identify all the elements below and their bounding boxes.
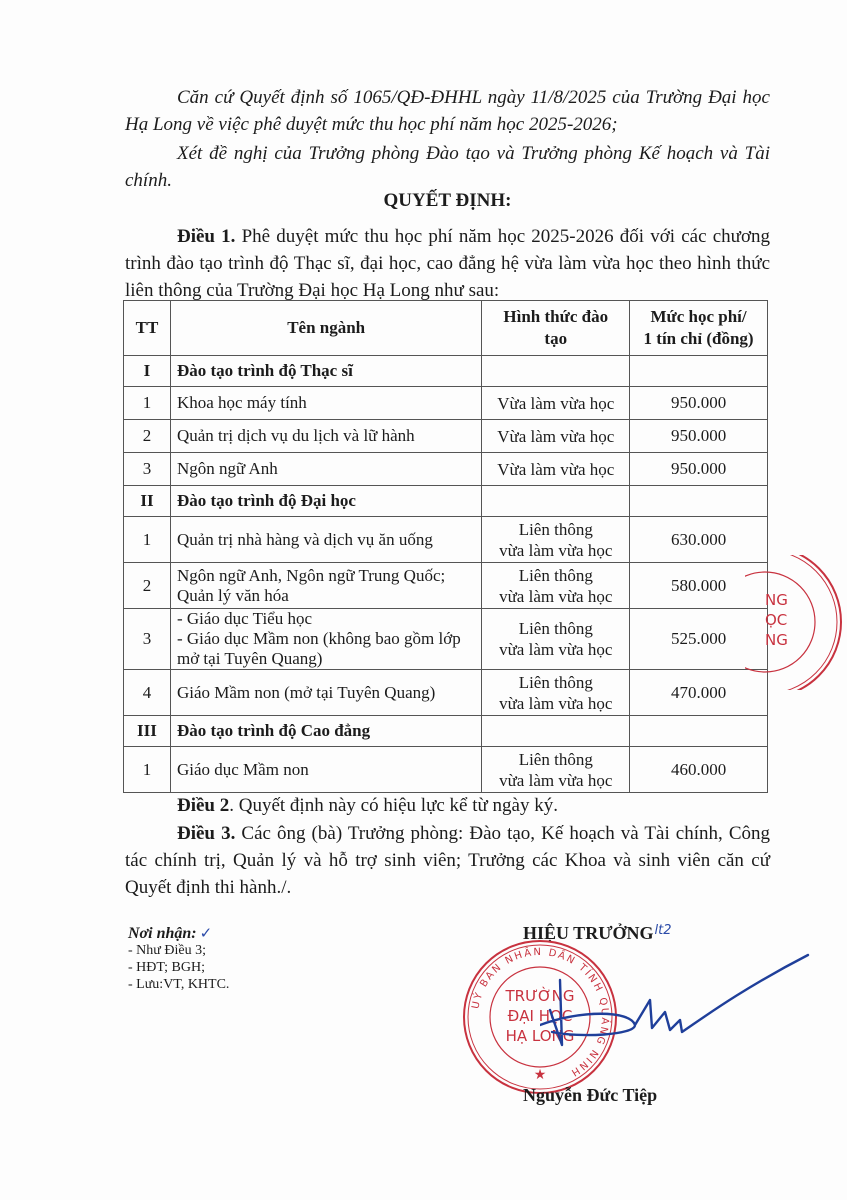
table-row: 2Ngôn ngữ Anh, Ngôn ngữ Trung Quốc;Quản …: [124, 563, 768, 609]
cell-program-name: Giáo Mầm non (mở tại Tuyên Quang): [170, 670, 481, 716]
header-fee-per-credit: Mức học phí/1 tín chỉ (đồng): [630, 301, 768, 356]
table-row: 4Giáo Mầm non (mở tại Tuyên Quang)Liên t…: [124, 670, 768, 716]
handwritten-signature-icon: [540, 950, 810, 1060]
cell-training-mode: [482, 356, 630, 387]
svg-text:ỌC: ỌC: [765, 611, 787, 629]
cell-tt: I: [124, 356, 171, 387]
recipients-block: Nơi nhận:✓ - Như Điều 3; - HĐT; BGH; - L…: [128, 925, 229, 993]
cell-program-name: - Giáo dục Tiểu học- Giáo dục Mầm non (k…: [170, 609, 481, 670]
cell-training-mode: Vừa làm vừa học: [482, 420, 630, 453]
svg-text:NG: NG: [765, 591, 788, 609]
cell-tt: 1: [124, 387, 171, 420]
cell-program-name: Ngôn ngữ Anh, Ngôn ngữ Trung Quốc;Quản l…: [170, 563, 481, 609]
cell-program-name: Khoa học máy tính: [170, 387, 481, 420]
cell-fee: 460.000: [630, 747, 768, 793]
cell-training-mode: Liên thôngvừa làm vừa học: [482, 517, 630, 563]
cell-tt: III: [124, 716, 171, 747]
recipient-item: - Lưu:VT, KHTC.: [128, 976, 229, 993]
basis-paragraph: Căn cứ Quyết định số 1065/QĐ-ĐHHL ngày 1…: [125, 84, 770, 138]
cell-program-name: Đào tạo trình độ Đại học: [170, 486, 481, 517]
tuition-fee-table: TT Tên ngành Hình thức đàotạo Mức học ph…: [123, 300, 768, 793]
cell-program-name: Quản trị nhà hàng và dịch vụ ăn uống: [170, 517, 481, 563]
table-row: 2Quản trị dịch vụ du lịch và lữ hànhVừa …: [124, 420, 768, 453]
svg-text:★: ★: [534, 1068, 547, 1083]
table-row: 1Quản trị nhà hàng và dịch vụ ăn uốngLiê…: [124, 517, 768, 563]
table-row: 3- Giáo dục Tiểu học- Giáo dục Mầm non (…: [124, 609, 768, 670]
cell-tt: 3: [124, 609, 171, 670]
article-1-label: Điều 1.: [177, 226, 235, 247]
table-row: 3Ngôn ngữ AnhVừa làm vừa học950.000: [124, 453, 768, 486]
cell-program-name: Đào tạo trình độ Cao đẳng: [170, 716, 481, 747]
cell-fee: [630, 356, 768, 387]
header-program-name: Tên ngành: [170, 301, 481, 356]
article-2-label: Điều 2: [177, 795, 229, 816]
cell-program-name: Giáo dục Mầm non: [170, 747, 481, 793]
cell-training-mode: Vừa làm vừa học: [482, 387, 630, 420]
table-section-row: IĐào tạo trình độ Thạc sĩ: [124, 356, 768, 387]
handwritten-initials: lt2: [655, 923, 672, 938]
partial-stamp-icon: NG ỌC NG: [745, 555, 847, 690]
cell-tt: 2: [124, 563, 171, 609]
consideration-paragraph: Xét đề nghị của Trưởng phòng Đào tạo và …: [125, 140, 770, 194]
header-tt: TT: [124, 301, 171, 356]
cell-training-mode: Vừa làm vừa học: [482, 453, 630, 486]
table-section-row: IIIĐào tạo trình độ Cao đẳng: [124, 716, 768, 747]
cell-training-mode: [482, 486, 630, 517]
cell-tt: 1: [124, 747, 171, 793]
table-header-row: TT Tên ngành Hình thức đàotạo Mức học ph…: [124, 301, 768, 356]
cell-fee: 950.000: [630, 453, 768, 486]
cell-tt: 3: [124, 453, 171, 486]
cell-tt: 2: [124, 420, 171, 453]
article-2-text: . Quyết định này có hiệu lực kể từ ngày …: [229, 795, 558, 816]
signer-name: Nguyễn Đức Tiệp: [523, 1085, 657, 1106]
recipient-item: - HĐT; BGH;: [128, 959, 229, 976]
cell-fee: [630, 486, 768, 517]
cell-fee: 950.000: [630, 420, 768, 453]
cell-training-mode: Liên thôngvừa làm vừa học: [482, 563, 630, 609]
cell-training-mode: [482, 716, 630, 747]
cell-tt: II: [124, 486, 171, 517]
cell-training-mode: Liên thôngvừa làm vừa học: [482, 609, 630, 670]
article-1: Điều 1. Phê duyệt mức thu học phí năm họ…: [125, 223, 770, 304]
header-training-mode: Hình thức đàotạo: [482, 301, 630, 356]
cell-tt: 4: [124, 670, 171, 716]
cell-tt: 1: [124, 517, 171, 563]
checkmark-annotation-icon: ✓: [200, 924, 213, 942]
article-3-label: Điều 3.: [177, 823, 235, 844]
table-row: 1Giáo dục Mầm nonLiên thôngvừa làm vừa h…: [124, 747, 768, 793]
recipients-title: Nơi nhận:✓: [128, 925, 229, 942]
article-3: Điều 3. Các ông (bà) Trưởng phòng: Đào t…: [125, 820, 770, 901]
table-row: 1Khoa học máy tínhVừa làm vừa học950.000: [124, 387, 768, 420]
recipient-item: - Như Điều 3;: [128, 942, 229, 959]
table-section-row: IIĐào tạo trình độ Đại học: [124, 486, 768, 517]
cell-fee: 950.000: [630, 387, 768, 420]
cell-program-name: Ngôn ngữ Anh: [170, 453, 481, 486]
cell-fee: [630, 716, 768, 747]
decision-heading: QUYẾT ĐỊNH:: [125, 190, 770, 212]
cell-program-name: Quản trị dịch vụ du lịch và lữ hành: [170, 420, 481, 453]
cell-training-mode: Liên thôngvừa làm vừa học: [482, 747, 630, 793]
cell-training-mode: Liên thôngvừa làm vừa học: [482, 670, 630, 716]
article-2: Điều 2. Quyết định này có hiệu lực kể từ…: [125, 792, 770, 819]
svg-text:NG: NG: [765, 631, 788, 649]
cell-program-name: Đào tạo trình độ Thạc sĩ: [170, 356, 481, 387]
